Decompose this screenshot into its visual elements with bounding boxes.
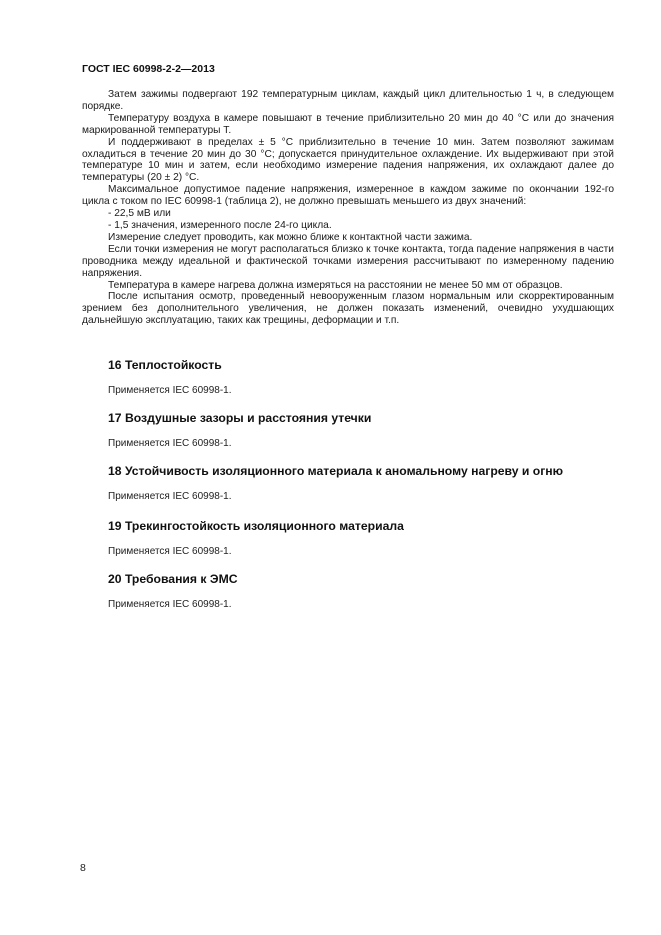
paragraph: Температура в камере нагрева должна изме… [82,280,614,292]
document-code-header: ГОСТ IEC 60998-2-2—2013 [82,63,215,75]
section-text: Применяется IEC 60998-1. [108,599,232,610]
body-text: Затем зажимы подвергают 192 температурны… [82,89,614,327]
paragraph: И поддерживают в пределах ± 5 °С приблиз… [82,137,614,185]
paragraph: Максимальное допустимое падение напряжен… [82,184,614,208]
section-text: Применяется IEC 60998-1. [108,546,232,557]
section-17: 17 Воздушные зазоры и расстояния утечки … [108,411,628,425]
paragraph: Затем зажимы подвергают 192 температурны… [82,89,614,113]
section-18: 18 Устойчивость изоляционного материала … [108,464,628,478]
section-heading: 20 Требования к ЭМС [108,572,628,586]
page-number: 8 [80,862,86,874]
document-page: ГОСТ IEC 60998-2-2—2013 Затем зажимы под… [0,0,661,935]
paragraph: Температуру воздуха в камере повышают в … [82,113,614,137]
section-text: Применяется IEC 60998-1. [108,385,232,396]
section-heading: 16 Теплостойкость [108,358,628,372]
section-16: 16 Теплостойкость Применяется IEC 60998-… [108,358,628,372]
paragraph: После испытания осмотр, проведенный нево… [82,291,614,327]
section-heading: 18 Устойчивость изоляционного материала … [108,464,628,478]
section-text: Применяется IEC 60998-1. [108,491,232,502]
paragraph: Если точки измерения не могут располагат… [82,244,614,280]
list-item: - 22,5 мВ или [82,208,614,220]
section-text: Применяется IEC 60998-1. [108,438,232,449]
paragraph: Измерение следует проводить, как можно б… [82,232,614,244]
section-20: 20 Требования к ЭМС Применяется IEC 6099… [108,572,628,586]
list-item: - 1,5 значения, измеренного после 24-го … [82,220,614,232]
section-heading: 17 Воздушные зазоры и расстояния утечки [108,411,628,425]
section-heading: 19 Трекингостойкость изоляционного матер… [108,519,628,533]
section-19: 19 Трекингостойкость изоляционного матер… [108,519,628,533]
